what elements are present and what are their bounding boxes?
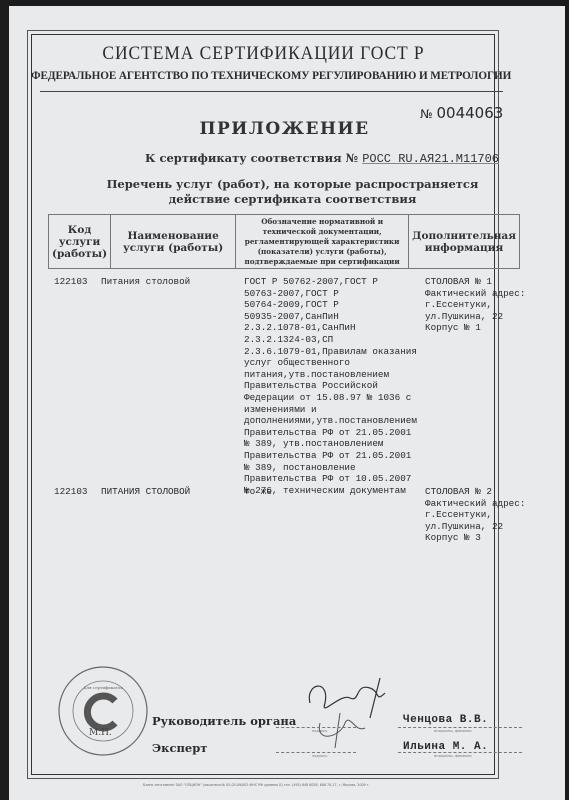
list-title: Перечень услуг (работ), на которые распр… bbox=[0, 177, 569, 207]
column-documents: Обозначение нормативной и технической до… bbox=[236, 215, 409, 269]
row-2-code: 122103 bbox=[54, 486, 87, 498]
svg-text:Для сертификатов: Для сертификатов bbox=[83, 685, 123, 690]
row-2-documents: то же bbox=[244, 486, 272, 498]
appendix-title: ПРИЛОЖЕНИЕ bbox=[0, 119, 569, 139]
head-signature-caption: подпись bbox=[312, 729, 327, 733]
list-title-line-2: действие сертификата соответствия bbox=[16, 192, 569, 207]
head-signature-line bbox=[276, 727, 356, 728]
row-1-name: Питания столовой bbox=[101, 276, 190, 288]
certificate-reference: К сертификату соответствия №РОСС RU.АЯ21… bbox=[145, 151, 499, 166]
expert-label: Эксперт bbox=[152, 741, 207, 755]
head-name-line bbox=[398, 727, 522, 728]
expert-signature-line bbox=[276, 752, 356, 753]
head-name-caption: инициалы, фамилия bbox=[434, 729, 472, 733]
expert-name-caption: инициалы, фамилия bbox=[434, 754, 472, 758]
header-divider bbox=[40, 91, 503, 92]
expert-signature-caption: подпись bbox=[312, 754, 327, 758]
row-2-info: СТОЛОВАЯ № 2 Фактический адрес: г.Ессент… bbox=[425, 486, 525, 544]
agency-title: ФЕДЕРАЛЬНОЕ АГЕНТСТВО ПО ТЕХНИЧЕСКОМУ РЕ… bbox=[31, 70, 496, 82]
svg-text:М.П.: М.П. bbox=[89, 728, 112, 738]
row-1-documents: ГОСТ Р 50762-2007,ГОСТ Р 50763-2007,ГОСТ… bbox=[244, 276, 417, 496]
column-info: Дополнительная информация bbox=[409, 215, 520, 269]
expert-name-line bbox=[398, 752, 522, 753]
signature-icon bbox=[300, 673, 400, 753]
row-1-info: СТОЛОВАЯ № 1 Фактический адрес: г.Ессент… bbox=[425, 276, 525, 334]
printer-note: Бланк изготовлен ЗАО "ОПЦИОН" (лицензия … bbox=[143, 783, 473, 787]
column-name: Наименование услуги (работы) bbox=[111, 215, 236, 269]
certificate-label: К сертификату соответствия № bbox=[145, 151, 358, 165]
column-code: Код услуги (работы) bbox=[49, 215, 111, 269]
system-title: СИСТЕМА СЕРТИФИКАЦИИ ГОСТ Р bbox=[50, 43, 478, 65]
list-title-line-1: Перечень услуг (работ), на которые распр… bbox=[16, 177, 569, 192]
row-1-code: 122103 bbox=[54, 276, 87, 288]
head-label: Руководитель органа bbox=[152, 714, 296, 728]
certificate-number: РОСС RU.АЯ21.М11706 bbox=[362, 152, 499, 166]
head-name: Ченцова В.В. bbox=[403, 714, 488, 726]
row-2-name: ПИТАНИЯ СТОЛОВОЙ bbox=[101, 486, 190, 498]
services-table-header: Код услуги (работы) Наименование услуги … bbox=[48, 214, 520, 269]
certification-stamp-icon: Для сертификатов М.П. bbox=[57, 665, 149, 757]
